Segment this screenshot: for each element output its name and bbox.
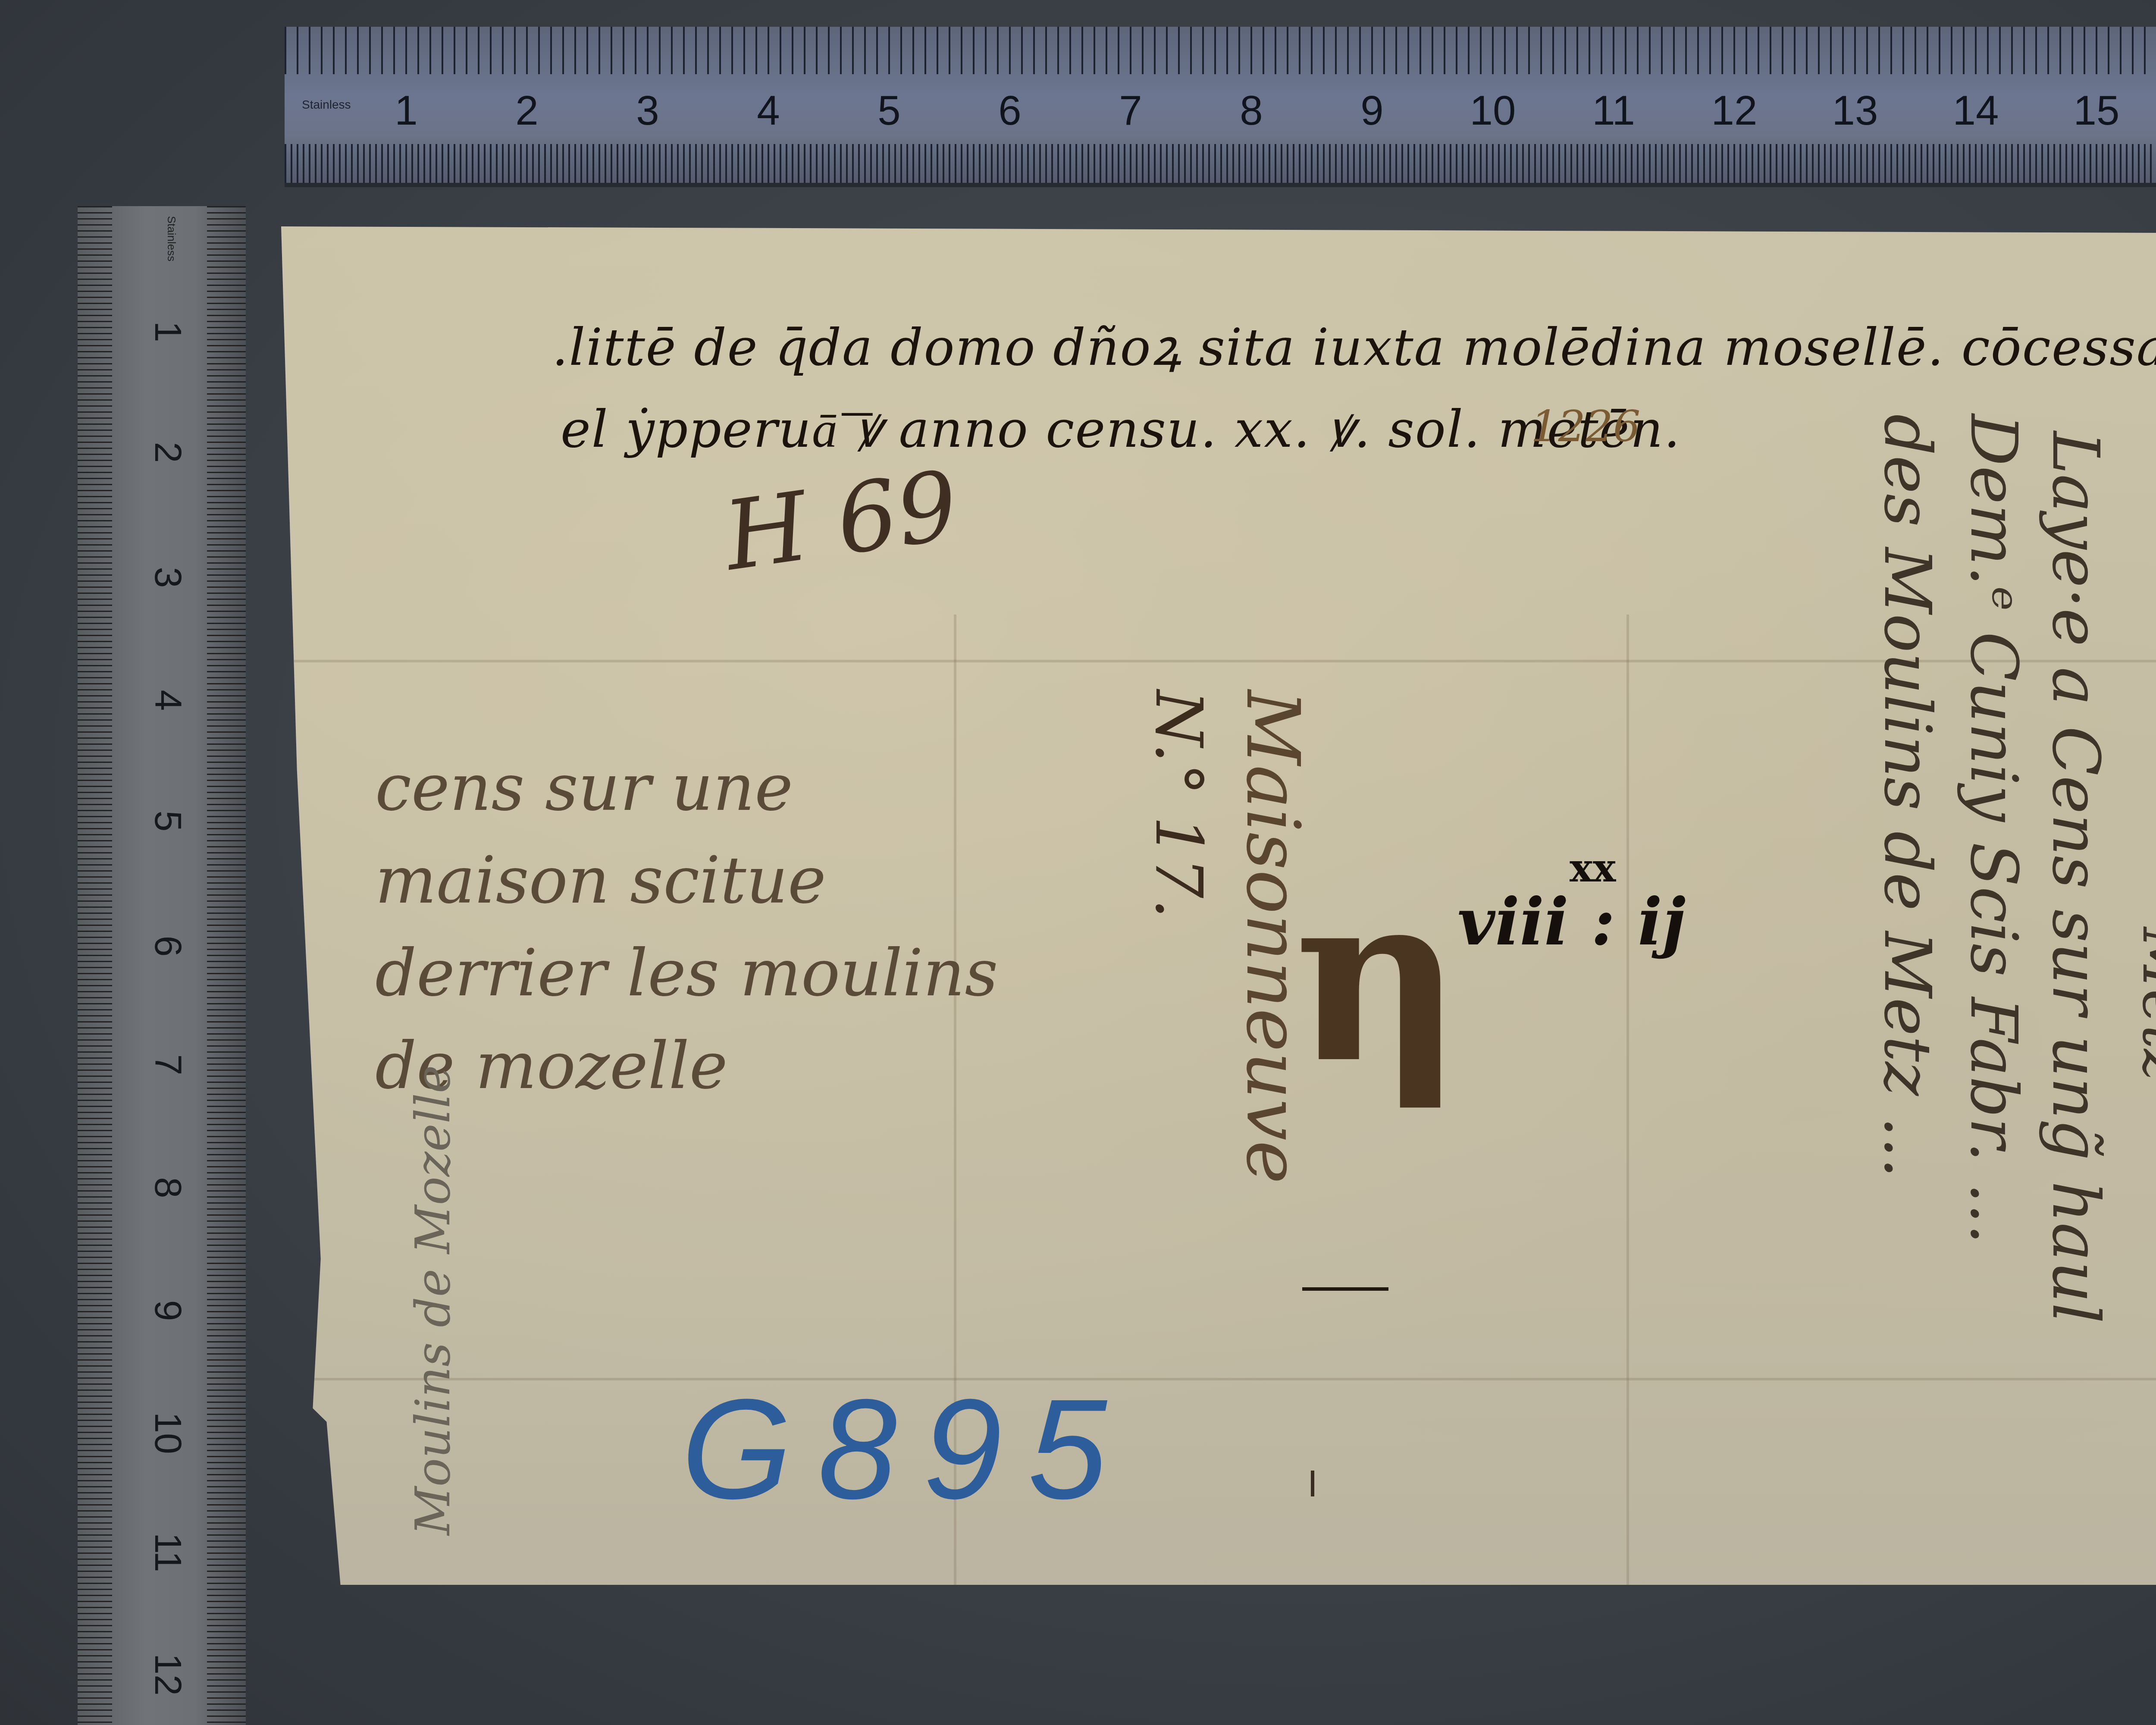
vertical-number: N.° 17. <box>1141 690 1216 919</box>
ruler-label: 14 <box>1953 87 1999 135</box>
roman-numeral: viii : ij <box>1457 884 1686 960</box>
french-note-line: cens sur une <box>375 742 998 834</box>
ruler-brand: Stainless <box>165 216 178 262</box>
ruler-label: 11 <box>1592 87 1635 135</box>
ruler-label: 6 <box>146 927 190 966</box>
ink-stroke <box>1302 1287 1388 1291</box>
ruler-label: 7 <box>146 1045 190 1084</box>
french-note: cens sur une maison scitue derrier les m… <box>375 742 998 1113</box>
right-note-line: Laye·e a Cens sur ung̃ haul <box>2038 431 2113 1324</box>
ruler-label: 2 <box>515 87 538 135</box>
ruler-label: 8 <box>1240 87 1263 135</box>
ruler-label: 1 <box>395 87 417 135</box>
ruler-label: 5 <box>146 802 190 841</box>
ruler-ticks <box>207 206 246 1725</box>
year-annotation: 1225. <box>2151 617 2156 777</box>
ruler-label: 3 <box>146 558 190 597</box>
ruler-label: 9 <box>1360 87 1383 135</box>
main-text-line-1: .littē de q̄da domo dñoꝝ sita iuxta molē… <box>552 310 2156 380</box>
ruler-label: 10 <box>1470 87 1516 135</box>
french-note-line: maison scitue <box>375 834 998 927</box>
fold-line <box>281 1378 2156 1380</box>
ruler-label: 3 <box>636 87 659 135</box>
ruler-label: 9 <box>146 1291 190 1330</box>
ruler-label: 2 <box>146 433 190 472</box>
ruler-ticks <box>285 144 2156 183</box>
ruler-label: 11 <box>146 1533 190 1571</box>
main-text-line-2: el ẏpperuā͞ ꝟ anno censu. xx. ꝟ. sol. me… <box>561 392 1681 462</box>
ruler-label: 8 <box>146 1168 190 1207</box>
ink-stroke <box>1311 1471 1314 1496</box>
ruler-label: 1 <box>146 312 190 351</box>
ruler-brand: Stainless <box>302 98 351 112</box>
french-note-line: derrier les moulins <box>375 927 998 1020</box>
ruler-label: 5 <box>877 87 900 135</box>
ruler-label: 7 <box>1119 87 1142 135</box>
ruler-top: Stainless 1 2 3 4 5 6 7 8 9 10 11 12 13 … <box>285 27 2156 187</box>
ruler-label: 12 <box>1711 87 1758 135</box>
large-letter: η <box>1294 841 1463 1114</box>
ruler-ticks <box>78 206 112 1725</box>
ruler-label: 13 <box>1832 87 1878 135</box>
archive-number: G895 <box>681 1367 1133 1531</box>
right-note-line: Dem.ᵉ Cuniy Scis Fabr. ... <box>1956 414 2031 1244</box>
ruler-label: 12 <box>146 1653 190 1692</box>
ruler-label: 10 <box>146 1412 190 1451</box>
ruler-ticks <box>285 27 2156 74</box>
fold-line <box>1626 615 1629 1585</box>
margin-note: Moulins de Mozelle <box>405 1065 461 1535</box>
ruler-left: Stainless 1 2 3 4 5 6 7 8 9 10 11 12 <box>78 206 246 1725</box>
right-note-line: Metz <box>2129 927 2156 1081</box>
date-annotation: 1226 <box>1531 401 1641 452</box>
ruler-label: 4 <box>757 87 780 135</box>
ruler-label: 6 <box>998 87 1021 135</box>
ruler-label: 4 <box>146 681 190 720</box>
french-note-line: de mozelle <box>375 1020 998 1113</box>
right-note-line: des Moulins de Metz ... <box>1870 414 1945 1178</box>
ruler-label: 15 <box>2074 87 2120 135</box>
